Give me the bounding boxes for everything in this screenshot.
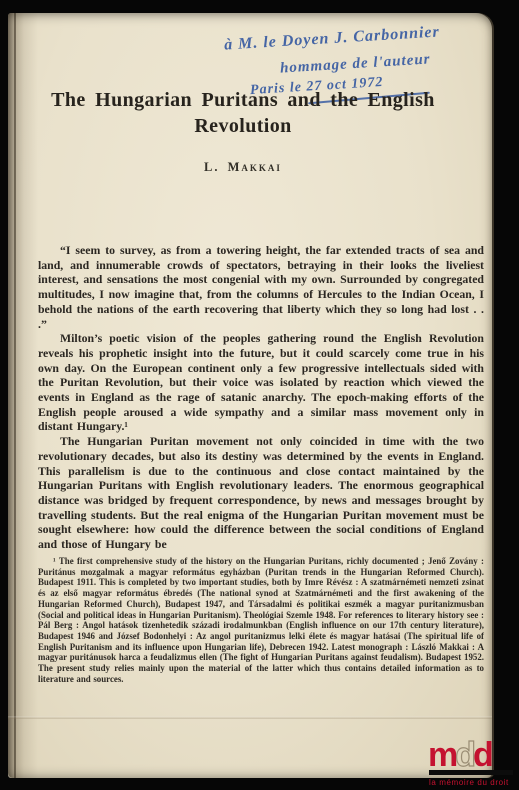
body-paragraph: The Hungarian Puritan movement not only … [38,434,484,552]
footnote: ¹ The first comprehensive study of the h… [38,556,484,684]
article-title: The Hungarian Puritans and the English R… [18,87,468,139]
scanned-page-canvas: à M. le Doyen J. Carbonnier hommage de l… [0,0,519,790]
article-title-line-2: Revolution [194,115,291,137]
mdd-logo-letter-d2: d [473,741,491,769]
mdd-logo: mdd [428,741,518,769]
gutter-crease-line [14,13,16,778]
dedication-line-2: hommage de l'auteur [280,51,431,77]
page-crease [8,716,492,719]
dedication-line-1: à M. le Doyen J. Carbonnier [224,23,441,54]
body-paragraph: Milton’s poetic vision of the peoples ga… [38,331,484,434]
article-body: “I seem to survey, as from a towering he… [38,243,484,552]
mdd-tagline: la mémoire du droit [428,778,518,787]
mdd-logo-letter-m: m [428,741,455,769]
book-page: à M. le Doyen J. Carbonnier hommage de l… [8,13,492,778]
article-author: L. Makkai [18,160,468,175]
article-title-line-1: The Hungarian Puritans and the English [51,89,435,111]
body-paragraph: “I seem to survey, as from a towering he… [38,243,484,331]
mdd-watermark: mdd la mémoire du droit [428,741,518,787]
mdd-logo-letter-d1: d [455,741,473,769]
